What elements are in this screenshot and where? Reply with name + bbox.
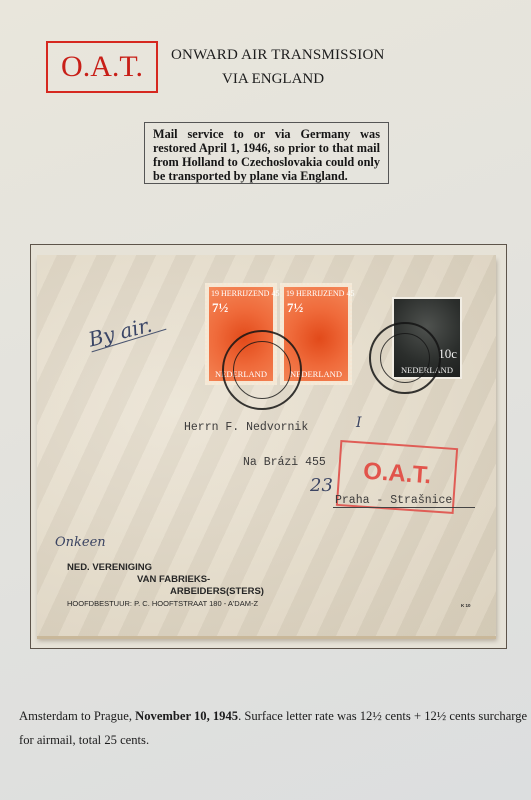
recipient-city: Praha - Strašnice — [335, 494, 452, 507]
sender-line2: VAN FABRIEKS- — [137, 574, 210, 585]
handwritten-mark: I — [356, 415, 362, 431]
stamp-value: 7½ — [212, 300, 228, 316]
city-underline — [333, 507, 475, 508]
sender-line1: NED. VERENIGING — [67, 562, 152, 573]
page-title: ONWARD AIR TRANSMISSION — [171, 47, 385, 64]
postmark-cancel — [222, 330, 302, 410]
printer-code: K 10 — [461, 603, 471, 608]
oat-badge: O.A.T. — [46, 41, 158, 93]
caption: Amsterdam to Prague, November 10, 1945. … — [19, 704, 531, 752]
recipient-name: Herrn F. Nedvornik — [184, 421, 308, 434]
district-number: 23 — [310, 475, 333, 496]
stamp-value: 10c — [438, 346, 457, 362]
recipient-street: Na Brázi 455 — [243, 456, 326, 469]
postmark-cancel — [369, 322, 441, 394]
stamp-inscription: 19 HERRIJZEND 45 — [286, 289, 346, 298]
caption-date: November 10, 1945 — [135, 709, 238, 723]
stamp-value: 7½ — [287, 300, 303, 316]
sender-line3: ARBEIDERS(STERS) — [170, 586, 264, 597]
caption-prefix: Amsterdam to Prague, — [19, 709, 135, 723]
note-box: Mail service to or via Germany was resto… — [144, 122, 389, 184]
sender-address: HOOFDBESTUUR: P. C. HOOFTSTRAAT 180 - A'… — [67, 599, 258, 608]
page-subtitle: VIA ENGLAND — [222, 71, 324, 88]
sender-handwriting: Onkeen — [55, 535, 106, 550]
stamp-inscription: 19 HERRIJZEND 45 — [211, 289, 271, 298]
